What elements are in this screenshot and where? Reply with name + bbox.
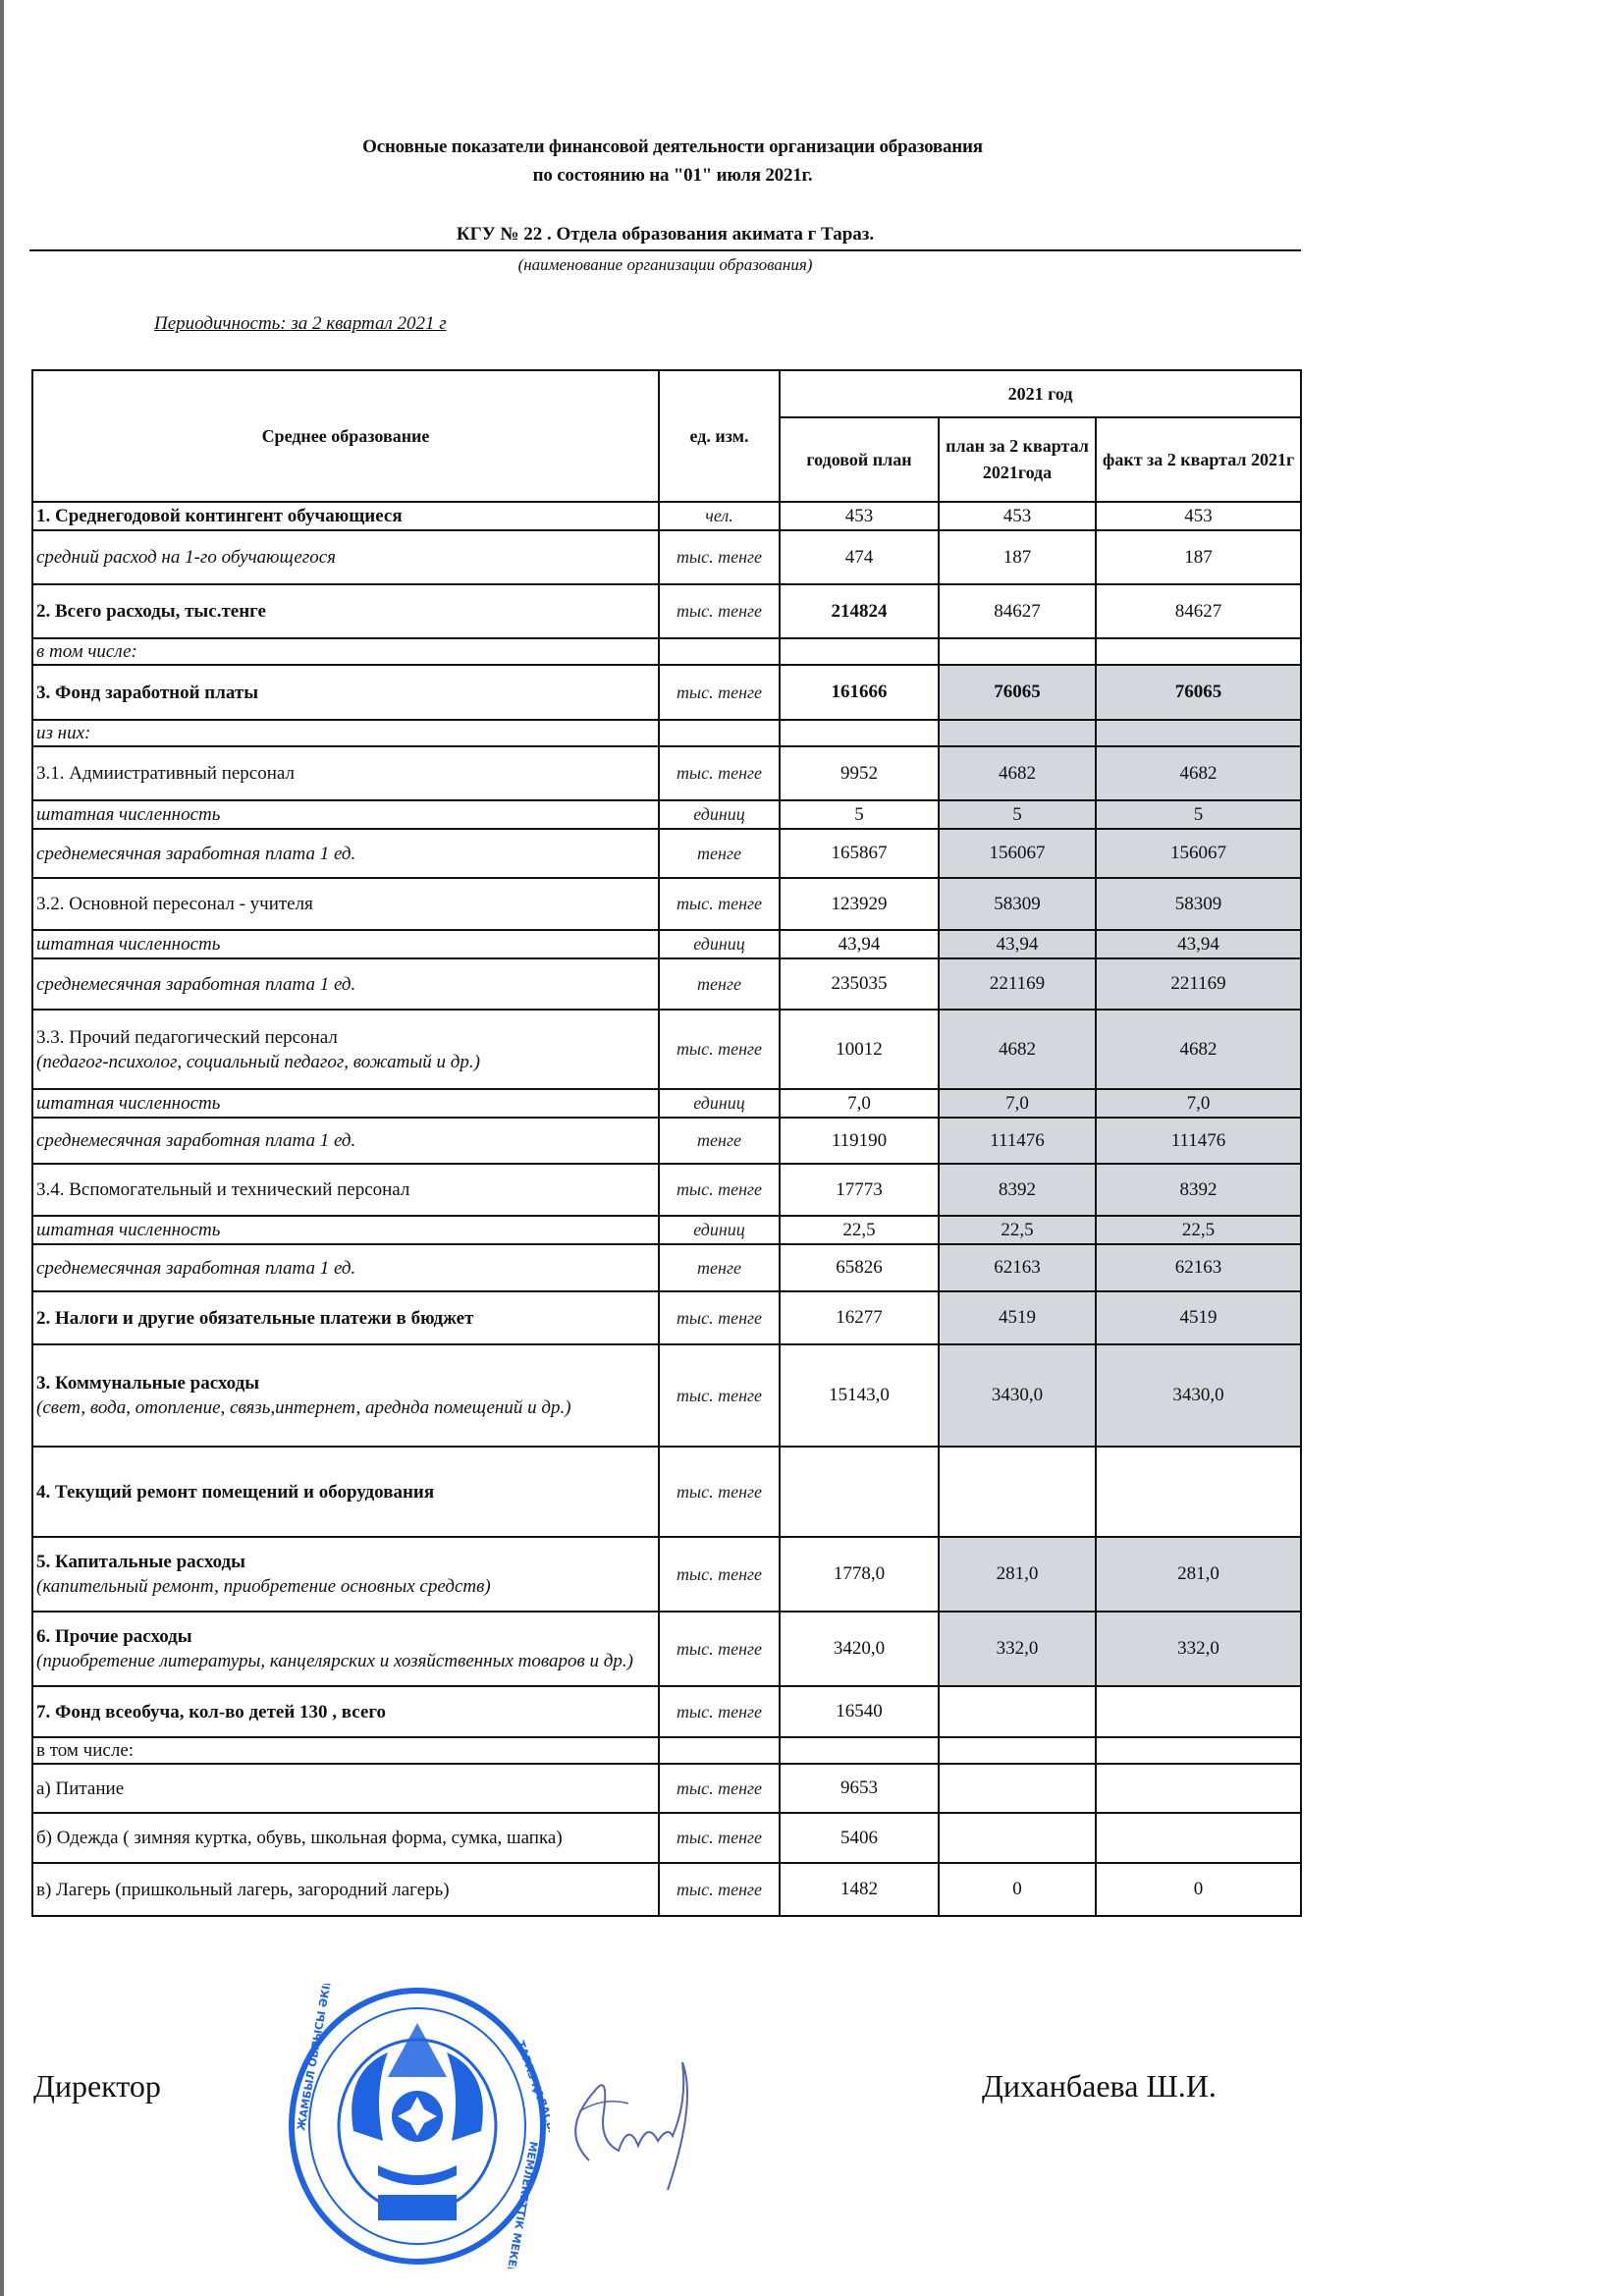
row-label: среднемесячная заработная плата 1 ед. <box>32 829 659 878</box>
cell-q2-plan: 4519 <box>939 1291 1096 1344</box>
document-title: Основные показатели финансовой деятельно… <box>0 137 1345 158</box>
cell-q2-plan <box>939 1737 1096 1764</box>
row-label: из них: <box>32 720 659 746</box>
row-label: 1. Среднегодовой контингент обучающиеся <box>32 502 659 530</box>
cell-q2-plan: 84627 <box>939 584 1096 638</box>
cell-q2-plan: 4682 <box>939 746 1096 800</box>
row-label-text: 3.1. Адмиистративный персонал <box>36 763 295 784</box>
row-label: 3. Коммунальные расходы(свет, вода, отоп… <box>32 1344 659 1447</box>
table-row: б) Одежда ( зимняя куртка, обувь, школьн… <box>32 1813 1301 1863</box>
row-label-text: 5. Капитальные расходы <box>36 1552 245 1572</box>
row-unit: единиц <box>659 800 780 829</box>
table-row: в том числе: <box>32 638 1301 665</box>
cell-annual-plan: 123929 <box>780 878 939 930</box>
table-row: а) Питаниетыс. тенге9653 <box>32 1764 1301 1813</box>
table-row: 6. Прочие расходы(приобретение литератур… <box>32 1612 1301 1686</box>
row-unit: тыс. тенге <box>659 1010 780 1089</box>
cell-q2-fact: 62163 <box>1096 1244 1301 1291</box>
row-label-text: штатная численность <box>36 934 220 955</box>
cell-q2-plan: 5 <box>939 800 1096 829</box>
table-row: в) Лагерь (пришкольный лагерь, загородни… <box>32 1863 1301 1916</box>
cell-annual-plan: 22,5 <box>780 1216 939 1244</box>
cell-q2-fact: 4682 <box>1096 746 1301 800</box>
row-label-text: 1. Среднегодовой контингент обучающиеся <box>36 506 403 526</box>
document-date: по состоянию на "01" июля 2021г. <box>0 165 1345 187</box>
cell-annual-plan: 16277 <box>780 1291 939 1344</box>
cell-q2-plan: 332,0 <box>939 1612 1096 1686</box>
cell-q2-plan: 7,0 <box>939 1089 1096 1118</box>
row-unit: тыс. тенге <box>659 1813 780 1863</box>
cell-q2-plan: 62163 <box>939 1244 1096 1291</box>
cell-q2-plan: 281,0 <box>939 1537 1096 1612</box>
cell-annual-plan: 65826 <box>780 1244 939 1291</box>
cell-q2-plan <box>939 1764 1096 1813</box>
row-label-text: 3. Фонд заработной платы <box>36 683 258 703</box>
row-label-text: штатная численность <box>36 1093 220 1114</box>
cell-q2-fact: 111476 <box>1096 1118 1301 1164</box>
cell-q2-plan: 76065 <box>939 665 1096 720</box>
table-row: штатная численностьединиц7,07,07,0 <box>32 1089 1301 1118</box>
header-year-group: 2021 год <box>780 370 1301 417</box>
row-label: средний расход на 1-го обучающегося <box>32 530 659 584</box>
cell-annual-plan: 214824 <box>780 584 939 638</box>
row-unit: тыс. тенге <box>659 1344 780 1447</box>
row-unit: тенге <box>659 1118 780 1164</box>
cell-q2-plan: 22,5 <box>939 1216 1096 1244</box>
cell-q2-fact: 3430,0 <box>1096 1344 1301 1447</box>
table-row: 7. Фонд всеобуча, кол-во детей 130 , все… <box>32 1686 1301 1737</box>
row-label: штатная численность <box>32 1089 659 1118</box>
table-row: средний расход на 1-го обучающегосятыс. … <box>32 530 1301 584</box>
table-row: 4. Текущий ремонт помещений и оборудован… <box>32 1447 1301 1537</box>
row-label-text: среднемесячная заработная плата 1 ед. <box>36 844 355 864</box>
row-label-text: в том числе: <box>36 1740 134 1761</box>
row-unit: тыс. тенге <box>659 530 780 584</box>
table-body: 1. Среднегодовой контингент обучающиесяч… <box>32 502 1301 1916</box>
organization-name: КГУ № 22 . Отдела образования акимата г … <box>29 224 1301 251</box>
cell-annual-plan: 9653 <box>780 1764 939 1813</box>
row-label-text: среднемесячная заработная плата 1 ед. <box>36 1130 355 1151</box>
cell-q2-plan: 453 <box>939 502 1096 530</box>
row-unit: тыс. тенге <box>659 1764 780 1813</box>
row-unit: тыс. тенге <box>659 1612 780 1686</box>
row-label: 3.1. Адмиистративный персонал <box>32 746 659 800</box>
row-label-text: 3.4. Вспомогательный и технический персо… <box>36 1179 409 1200</box>
row-unit: тенге <box>659 958 780 1010</box>
cell-annual-plan: 7,0 <box>780 1089 939 1118</box>
row-label: в том числе: <box>32 1737 659 1764</box>
table-row: 3. Коммунальные расходы(свет, вода, отоп… <box>32 1344 1301 1447</box>
row-label-text: штатная численность <box>36 1220 220 1240</box>
row-unit: чел. <box>659 502 780 530</box>
cell-q2-fact: 76065 <box>1096 665 1301 720</box>
row-label-text: штатная численность <box>36 804 220 825</box>
row-sublabel: (приобретение литературы, канцелярских и… <box>36 1649 655 1673</box>
cell-q2-plan <box>939 1686 1096 1737</box>
cell-q2-fact: 4519 <box>1096 1291 1301 1344</box>
cell-q2-fact <box>1096 1813 1301 1863</box>
row-label: 3. Фонд заработной платы <box>32 665 659 720</box>
table-row: штатная численностьединиц22,522,522,5 <box>32 1216 1301 1244</box>
cell-q2-fact: 4682 <box>1096 1010 1301 1089</box>
row-unit <box>659 638 780 665</box>
row-label: 3.4. Вспомогательный и технический персо… <box>32 1164 659 1216</box>
row-label-text: а) Питание <box>36 1778 124 1799</box>
cell-q2-plan <box>939 638 1096 665</box>
cell-annual-plan: 15143,0 <box>780 1344 939 1447</box>
cell-annual-plan: 453 <box>780 502 939 530</box>
cell-annual-plan: 161666 <box>780 665 939 720</box>
cell-q2-fact: 84627 <box>1096 584 1301 638</box>
cell-annual-plan: 9952 <box>780 746 939 800</box>
row-unit: тыс. тенге <box>659 1537 780 1612</box>
cell-annual-plan: 1778,0 <box>780 1537 939 1612</box>
cell-q2-plan: 156067 <box>939 829 1096 878</box>
cell-q2-plan: 8392 <box>939 1164 1096 1216</box>
cell-q2-plan <box>939 720 1096 746</box>
scan-edge <box>0 0 4 2296</box>
row-sublabel: (капительный ремонт, приобретение основн… <box>36 1574 655 1599</box>
row-label: в том числе: <box>32 638 659 665</box>
row-sublabel: (свет, вода, отопление, связь,интернет, … <box>36 1395 655 1420</box>
row-unit: тыс. тенге <box>659 746 780 800</box>
row-label: среднемесячная заработная плата 1 ед. <box>32 1244 659 1291</box>
cell-q2-fact: 156067 <box>1096 829 1301 878</box>
cell-annual-plan: 43,94 <box>780 930 939 958</box>
table-row: 3.4. Вспомогательный и технический персо… <box>32 1164 1301 1216</box>
cell-q2-plan: 221169 <box>939 958 1096 1010</box>
row-label: штатная численность <box>32 1216 659 1244</box>
row-label: 2. Налоги и другие обязательные платежи … <box>32 1291 659 1344</box>
cell-annual-plan <box>780 1737 939 1764</box>
cell-q2-fact: 7,0 <box>1096 1089 1301 1118</box>
cell-q2-fact: 5 <box>1096 800 1301 829</box>
row-unit: тыс. тенге <box>659 1447 780 1537</box>
cell-q2-plan: 58309 <box>939 878 1096 930</box>
row-unit <box>659 1737 780 1764</box>
svg-text:ЖАМБЫЛ ОБЛЫСЫ ӘКІМДІГІНІҢ: ЖАМБЫЛ ОБЛЫСЫ ӘКІМДІГІНІҢ <box>295 1984 343 2132</box>
cell-annual-plan: 165867 <box>780 829 939 878</box>
table-row: 2. Налоги и другие обязательные платежи … <box>32 1291 1301 1344</box>
row-unit: тыс. тенге <box>659 878 780 930</box>
cell-q2-plan: 0 <box>939 1863 1096 1916</box>
cell-annual-plan: 5406 <box>780 1813 939 1863</box>
cell-annual-plan <box>780 638 939 665</box>
row-label: 5. Капитальные расходы(капительный ремон… <box>32 1537 659 1612</box>
row-unit: тыс. тенге <box>659 665 780 720</box>
row-label-text: б) Одежда ( зимняя куртка, обувь, школьн… <box>36 1828 563 1848</box>
cell-q2-plan: 3430,0 <box>939 1344 1096 1447</box>
cell-annual-plan: 235035 <box>780 958 939 1010</box>
row-label-text: 2. Налоги и другие обязательные платежи … <box>36 1308 473 1329</box>
table-row: 3.2. Основной пересонал - учителятыс. те… <box>32 878 1301 930</box>
cell-q2-fact <box>1096 1447 1301 1537</box>
cell-q2-fact: 187 <box>1096 530 1301 584</box>
organization-caption: (наименование организации образования) <box>29 255 1301 275</box>
row-unit: тыс. тенге <box>659 1164 780 1216</box>
row-unit: единиц <box>659 930 780 958</box>
row-label-text: 2. Всего расходы, тыс.тенге <box>36 601 266 622</box>
cell-q2-fact: 22,5 <box>1096 1216 1301 1244</box>
row-label: 3.3. Прочий педагогический персонал(педа… <box>32 1010 659 1089</box>
cell-q2-fact: 0 <box>1096 1863 1301 1916</box>
row-unit: единиц <box>659 1216 780 1244</box>
cell-q2-fact: 43,94 <box>1096 930 1301 958</box>
table-row: среднемесячная заработная плата 1 ед.тен… <box>32 1118 1301 1164</box>
row-unit: тыс. тенге <box>659 584 780 638</box>
cell-q2-fact: 58309 <box>1096 878 1301 930</box>
cell-annual-plan: 1482 <box>780 1863 939 1916</box>
row-label: штатная численность <box>32 930 659 958</box>
table-row: среднемесячная заработная плата 1 ед.тен… <box>32 958 1301 1010</box>
header-q2-plan: план за 2 квартал 2021года <box>939 417 1096 502</box>
signature-icon <box>550 2043 746 2200</box>
row-label-text: 7. Фонд всеобуча, кол-во детей 130 , все… <box>36 1702 386 1722</box>
row-label-text: 4. Текущий ремонт помещений и оборудован… <box>36 1482 434 1503</box>
cell-annual-plan: 474 <box>780 530 939 584</box>
row-unit: тенге <box>659 1244 780 1291</box>
cell-q2-fact <box>1096 638 1301 665</box>
cell-q2-fact <box>1096 1737 1301 1764</box>
row-label: 7. Фонд всеобуча, кол-во детей 130 , все… <box>32 1686 659 1737</box>
table-row: в том числе: <box>32 1737 1301 1764</box>
cell-q2-plan <box>939 1813 1096 1863</box>
cell-q2-plan: 111476 <box>939 1118 1096 1164</box>
cell-q2-plan <box>939 1447 1096 1537</box>
table-row: 2. Всего расходы, тыс.тенгетыс. тенге214… <box>32 584 1301 638</box>
row-label-text: среднемесячная заработная плата 1 ед. <box>36 1258 355 1279</box>
cell-q2-plan: 187 <box>939 530 1096 584</box>
cell-q2-fact <box>1096 1686 1301 1737</box>
header-q2-fact: факт за 2 квартал 2021г <box>1096 417 1301 502</box>
table-row: среднемесячная заработная плата 1 ед.тен… <box>32 1244 1301 1291</box>
table-row: 1. Среднегодовой контингент обучающиесяч… <box>32 502 1301 530</box>
header-unit: ед. изм. <box>659 370 780 502</box>
cell-annual-plan <box>780 1447 939 1537</box>
cell-q2-plan: 4682 <box>939 1010 1096 1089</box>
row-label: среднемесячная заработная плата 1 ед. <box>32 958 659 1010</box>
table-row: среднемесячная заработная плата 1 ед.тен… <box>32 829 1301 878</box>
row-label: 2. Всего расходы, тыс.тенге <box>32 584 659 638</box>
row-unit <box>659 720 780 746</box>
table-row: из них: <box>32 720 1301 746</box>
row-label-text: из них: <box>36 723 90 743</box>
cell-q2-fact: 8392 <box>1096 1164 1301 1216</box>
row-label-text: в) Лагерь (пришкольный лагерь, загородни… <box>36 1880 450 1900</box>
table-row: 3.3. Прочий педагогический персонал(педа… <box>32 1010 1301 1089</box>
official-stamp-icon: ЖАМБЫЛ ОБЛЫСЫ ӘКІМДІГІНІҢ ТАРАЗ ҚАЛАСЫНЫ… <box>285 1984 550 2269</box>
row-label: а) Питание <box>32 1764 659 1813</box>
row-label: 4. Текущий ремонт помещений и оборудован… <box>32 1447 659 1537</box>
row-label: штатная численность <box>32 800 659 829</box>
cell-q2-plan: 43,94 <box>939 930 1096 958</box>
signer-position: Директор <box>33 2068 161 2105</box>
cell-annual-plan: 3420,0 <box>780 1612 939 1686</box>
row-unit: тыс. тенге <box>659 1291 780 1344</box>
row-label: б) Одежда ( зимняя куртка, обувь, школьн… <box>32 1813 659 1863</box>
cell-annual-plan: 119190 <box>780 1118 939 1164</box>
row-label-text: в том числе: <box>36 641 137 662</box>
table-row: 5. Капитальные расходы(капительный ремон… <box>32 1537 1301 1612</box>
row-label-text: 3. Коммунальные расходы <box>36 1373 259 1394</box>
row-label-text: 3.3. Прочий педагогический персонал <box>36 1027 338 1048</box>
periodicity: Периодичность: за 2 квартал 2021 г <box>154 313 447 335</box>
table-row: 3.1. Адмиистративный персоналтыс. тенге9… <box>32 746 1301 800</box>
row-label: 6. Прочие расходы(приобретение литератур… <box>32 1612 659 1686</box>
cell-q2-fact <box>1096 720 1301 746</box>
cell-annual-plan <box>780 720 939 746</box>
cell-q2-fact <box>1096 1764 1301 1813</box>
cell-q2-fact: 453 <box>1096 502 1301 530</box>
row-label: среднемесячная заработная плата 1 ед. <box>32 1118 659 1164</box>
cell-q2-fact: 221169 <box>1096 958 1301 1010</box>
row-label: 3.2. Основной пересонал - учителя <box>32 878 659 930</box>
header-annual-plan: годовой план <box>780 417 939 502</box>
row-label-text: 3.2. Основной пересонал - учителя <box>36 894 313 914</box>
cell-q2-fact: 281,0 <box>1096 1537 1301 1612</box>
row-label-text: средний расход на 1-го обучающегося <box>36 547 336 568</box>
row-unit: единиц <box>659 1089 780 1118</box>
row-label: в) Лагерь (пришкольный лагерь, загородни… <box>32 1863 659 1916</box>
header-section: Среднее образование <box>32 370 659 502</box>
cell-annual-plan: 10012 <box>780 1010 939 1089</box>
cell-annual-plan: 17773 <box>780 1164 939 1216</box>
row-label-text: среднемесячная заработная плата 1 ед. <box>36 974 355 995</box>
table-row: штатная численностьединиц43,9443,9443,94 <box>32 930 1301 958</box>
cell-q2-fact: 332,0 <box>1096 1612 1301 1686</box>
cell-annual-plan: 16540 <box>780 1686 939 1737</box>
cell-annual-plan: 5 <box>780 800 939 829</box>
signer-name: Диханбаева Ш.И. <box>982 2068 1217 2105</box>
row-unit: тыс. тенге <box>659 1863 780 1916</box>
row-label-text: 6. Прочие расходы <box>36 1626 192 1647</box>
table-row: 3. Фонд заработной платытыс. тенге161666… <box>32 665 1301 720</box>
financial-indicators-table: Среднее образование ед. изм. 2021 год го… <box>31 369 1302 1917</box>
row-unit: тенге <box>659 829 780 878</box>
row-unit: тыс. тенге <box>659 1686 780 1737</box>
row-sublabel: (педагог-психолог, социальный педагог, в… <box>36 1050 655 1074</box>
table-row: штатная численностьединиц555 <box>32 800 1301 829</box>
